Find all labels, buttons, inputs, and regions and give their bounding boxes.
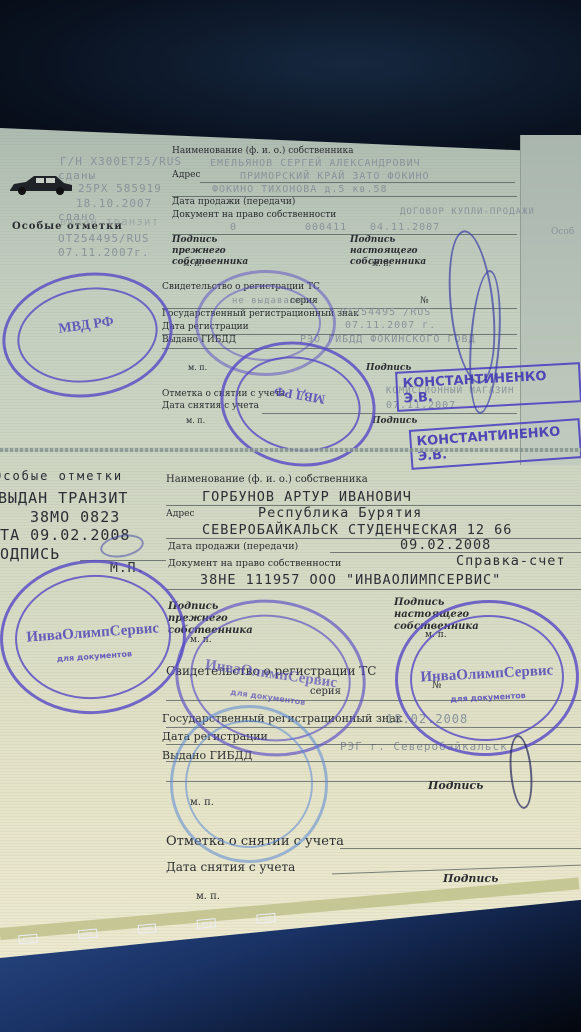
transit-signature-bottom: ПОДПИСЬ [0, 545, 60, 563]
dereg-date-label-bottom: Дата снятия с учета [166, 860, 295, 874]
right-page-fragment: Особ [551, 227, 574, 237]
signature-label-bottom: Подпись [428, 779, 483, 792]
ownership-doc-number-2-top: 000411 [305, 222, 347, 233]
ownership-doc-number-1-top: 0 [230, 222, 237, 233]
signature-label-top-2: Подпись [372, 416, 417, 426]
round-stamp-gibdd-3 [195, 270, 336, 376]
mp-top-3: м. п. [188, 363, 207, 372]
right-page-edge: Особ [520, 135, 581, 465]
page-fold-line [0, 448, 581, 452]
mp-bottom-4: м. п. [196, 891, 220, 902]
sale-date-label-bottom: Дата продажи (передачи) [168, 541, 298, 552]
pts-number: 25РХ 585919 [78, 182, 162, 195]
mp-top-1: м. п. [183, 259, 202, 268]
mp-top-4: м. п. [186, 416, 205, 425]
owner-value-top: ЕМЕЛЬЯНОВ СЕРГЕЙ АЛЕКСАНДРОВИЧ [210, 158, 421, 169]
car-icon [8, 174, 74, 196]
transit-issued-top: выдан транзит [60, 215, 159, 228]
mp-top-2: м. п. [372, 259, 391, 268]
ownership-doc-label-top: Документ на право собственности [172, 210, 336, 220]
reg-plate-line: Г/Н Х300ЕТ25/RUS [60, 155, 182, 168]
sale-date-value-bottom: 09.02.2008 [400, 537, 491, 553]
address-value-2-top: ФОКИНО ТИХОНОВА д.5 кв.58 [212, 184, 388, 195]
number-label-top: № [420, 296, 429, 306]
ownership-doc-value-top: ДОГОВОР КУПЛИ-ПРОДАЖИ [400, 207, 535, 217]
new-owner-sig-label-top: Подпись настоящего собственника [350, 235, 450, 268]
ownership-doc-label-bottom: Документ на право собственности [168, 558, 341, 569]
date-1: 18.10.2007 [76, 197, 152, 210]
address-label-bottom: Адрес [166, 509, 195, 519]
date-2: 07.11.2007г. [58, 246, 149, 259]
mvd-stamp-bottom [170, 705, 328, 863]
owner-value-bottom: ГОРБУНОВ АРТУР ИВАНОВИЧ [202, 489, 412, 505]
reg-date-value-top: 07.11.2007 г. [345, 320, 436, 331]
ownership-doc-date-top: 04.11.2007 [370, 222, 440, 233]
address-label-top: Адрес [172, 170, 201, 180]
transit-number-top: ОТ254495/RUS [58, 232, 149, 245]
transit-issued-bottom: ВЫДАН ТРАНЗИТ [0, 489, 128, 507]
address-value-1-bottom: Республика Бурятия [258, 505, 422, 521]
ownership-doc-value-2-bottom: 38НЕ 111957 ООО "ИНВАОЛИМПСЕРВИС" [200, 572, 501, 588]
plate-value-top: ОТ254495 /RUS [340, 307, 431, 318]
address-value-2-bottom: СЕВЕРОБАЙКАЛЬСК СТУДЕНЧЕСКАЯ 12 66 [202, 522, 512, 538]
owner-label-bottom: Наименование (ф. и. о.) собственника [166, 474, 368, 485]
address-value-1-top: ПРИМОРСКИЙ КРАЙ ЗАТО ФОКИНО [240, 171, 430, 182]
ownership-doc-value-1-bottom: Справка-счет [456, 553, 566, 569]
sale-date-label-top: Дата продажи (передачи) [172, 197, 295, 207]
special-marks-label-bottom: Особые отметки [0, 469, 123, 483]
transit-number-bottom: 38МО 0823 [30, 508, 120, 526]
owner-label-top: Наименование (ф. и. о.) собственника [172, 146, 354, 156]
dereg-signature-label-bottom: Подпись [443, 872, 498, 885]
